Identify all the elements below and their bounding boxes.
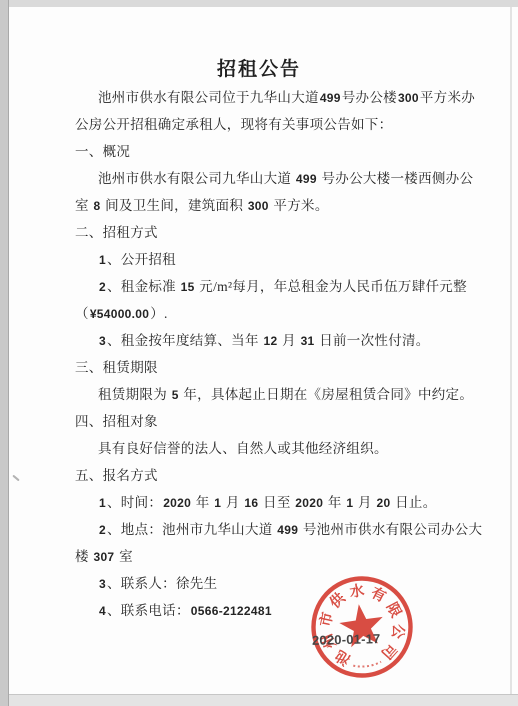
scan-edge-top: [0, 0, 518, 7]
scan-edge-left: [0, 0, 9, 706]
seal-code-arc: [353, 662, 381, 668]
section-heading: 四、招租对象: [75, 408, 505, 435]
notice-line: 池州市供水有限公司位于九华山大道499号办公楼300平方米办: [75, 84, 505, 111]
list-item: 1、公开招租: [75, 246, 505, 273]
seal-company-char: 市: [316, 610, 337, 628]
section-heading: 一、概况: [75, 138, 505, 165]
notice-body: 池州市供水有限公司位于九华山大道499号办公楼300平方米办 公房公开招租确定承…: [75, 84, 505, 624]
section-heading: 三、租赁期限: [75, 354, 505, 381]
scan-edge-right: [510, 7, 512, 694]
list-item: 2、租金标准 15 元/m²每月，年总租金为人民币伍万肆仟元整: [75, 273, 505, 300]
notice-line: （¥54000.00）.: [75, 300, 505, 327]
notice-line: 具有良好信誉的法人、自然人或其他经济组织。: [75, 435, 505, 462]
notice-line: 池州市供水有限公司九华山大道 499 号办公大楼一楼西侧办公: [75, 165, 505, 192]
scan-edge-bottom: [0, 694, 518, 706]
notice-line: 租赁期限为 5 年，具体起止日期在《房屋租赁合同》中约定。: [75, 381, 505, 408]
seal-date: 2020-01-17: [312, 631, 381, 648]
notice-line: 公房公开招租确定承租人，现将有关事项公告如下：: [75, 111, 505, 138]
list-item: 2、地点：池州市九华山大道 499 号池州市供水有限公司办公大: [75, 516, 505, 543]
notice-line: 室 8 间及卫生间，建筑面积 300 平方米。: [75, 192, 505, 219]
list-item: 4、联系电话：0566-2122481: [75, 597, 505, 624]
notice-line: 楼 307 室: [75, 543, 505, 570]
notice-title: 招租公告: [0, 56, 518, 84]
seal-graphic: 池州市供水有限公司: [306, 571, 418, 683]
seal-company-char: 公: [388, 623, 407, 640]
list-item: 3、租金按年度结算、当年 12 月 31 日前一次性付清。: [75, 327, 505, 354]
seal-company-char: 水: [349, 582, 366, 601]
list-item: 1、时间：2020 年 1 月 16 日至 2020 年 1 月 20 日止。: [75, 489, 505, 516]
list-item: 3、联系人：徐先生: [75, 570, 505, 597]
section-heading: 二、招租方式: [75, 219, 505, 246]
section-heading: 五、报名方式: [75, 462, 505, 489]
scanned-notice-screenshot: { "doc": { "title": "招租公告", "lines": [ {…: [0, 0, 518, 706]
official-seal: 池州市供水有限公司: [306, 571, 418, 683]
